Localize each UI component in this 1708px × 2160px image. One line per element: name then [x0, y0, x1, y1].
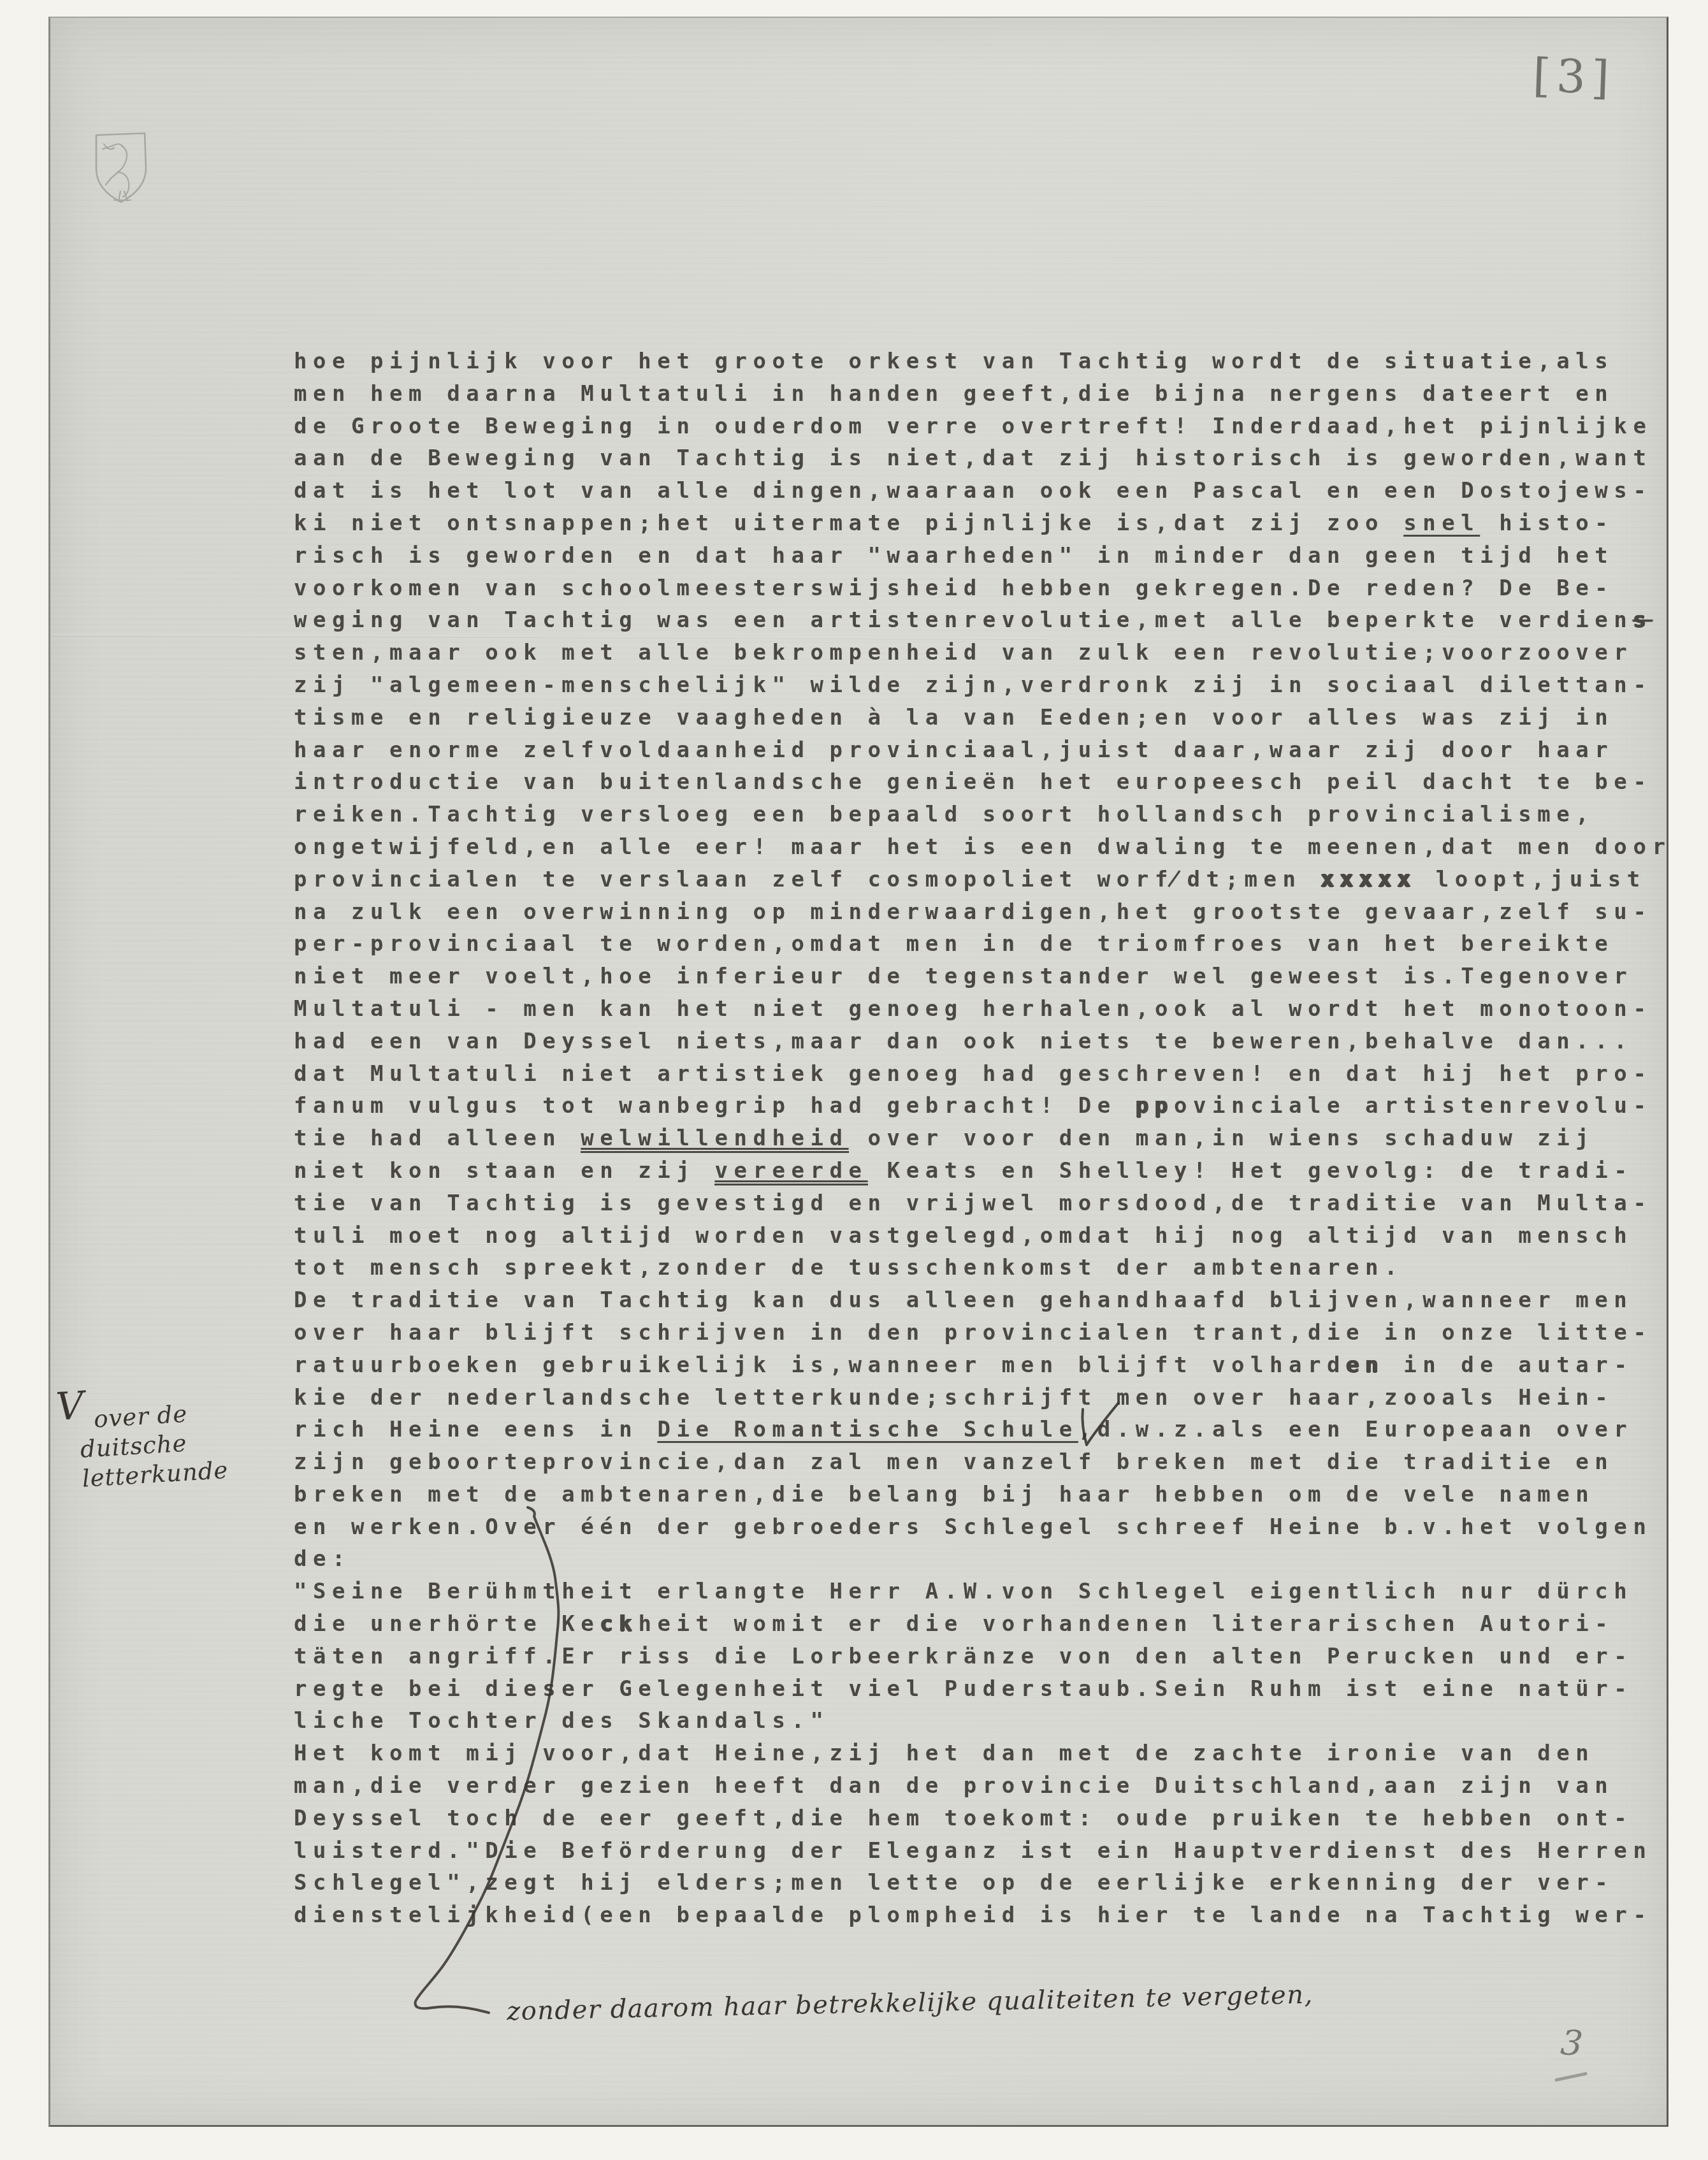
typed-line: dat Multatuli niet artistiek genoeg had …: [294, 1058, 1668, 1091]
typed-line: over haar blijft schrijven in den provin…: [294, 1317, 1668, 1349]
typed-line: tie van Tachtig is gevestigd en vrijwel …: [294, 1187, 1668, 1220]
typed-line: per-provinciaal te worden,omdat men in d…: [294, 928, 1668, 960]
typed-line: De traditie van Tachtig kan dus alleen g…: [294, 1284, 1668, 1317]
typed-line: provincialen te verslaan zelf cosmopolie…: [294, 864, 1668, 896]
typed-line: tie had alleen welwillendheid over voor …: [294, 1122, 1668, 1155]
typed-line: risch is geworden en dat haar "waarheden…: [294, 540, 1668, 572]
typed-line: sten,maar ook met alle bekrompenheid van…: [294, 637, 1668, 669]
typed-line: zijn geboorteprovincie,dan zal men vanze…: [294, 1446, 1668, 1479]
underlined-word: vereerde: [714, 1158, 867, 1185]
typed-line: Multatuli - men kan het niet genoeg herh…: [294, 993, 1668, 1026]
bottom-note-handwritten: zonder daarom haar betrekkelijke qualite…: [507, 1980, 1314, 2026]
typed-line: weging van Tachtig was een artistenrevol…: [294, 604, 1668, 637]
document-page: [3] hoe pijnlijk voor het groote orkest …: [48, 17, 1668, 2127]
typed-line: haar enorme zelfvoldaanheid provinciaal,…: [294, 734, 1668, 767]
margin-note-text: over deduitscheletterkunde: [78, 1397, 229, 1494]
page-number-top: [3]: [1532, 48, 1616, 105]
typed-line: ongetwijfeld,en alle eer! maar het is ee…: [294, 831, 1668, 864]
typed-line: kie der nederlandsche letterkunde;schrij…: [294, 1382, 1668, 1414]
underlined-word: snel: [1403, 511, 1480, 536]
shield-bird-watermark-stamp: [91, 130, 152, 209]
typed-line: voorkomen van schoolmeesterswijsheid heb…: [294, 572, 1668, 605]
typed-line: dat is het lot van alle dingen,waaraan o…: [294, 475, 1668, 507]
typed-line: rich Heine eens in Die Romantische Schul…: [294, 1414, 1668, 1446]
page-number-bottom: 3: [1559, 2022, 1584, 2064]
typed-line: men hem daarna Multatuli in handen geeft…: [294, 378, 1668, 410]
typed-line: zij "algemeen-menschelijk" wilde zijn,ve…: [294, 669, 1668, 702]
caret-check-mark-icon: [1067, 1394, 1128, 1458]
typed-line: tisme en religieuze vaagheden à la van E…: [294, 702, 1668, 734]
typed-line: ratuurboeken gebruikelijk is,wanneer men…: [294, 1349, 1668, 1382]
typed-line: na zulk een overwinning op minderwaardig…: [294, 896, 1668, 929]
insertion-pen-line: [397, 1502, 588, 2031]
typed-line: tot mensch spreekt,zonder de tusschenkom…: [294, 1252, 1668, 1284]
margin-note-check-mark: V: [55, 1386, 85, 1426]
typed-line: de Groote Beweging in ouderdom verre ove…: [294, 410, 1668, 443]
underlined-word: welwillendheid: [581, 1126, 848, 1153]
typed-line: introductie van buitenlandsche genieën h…: [294, 766, 1668, 799]
typed-line: niet kon staan en zij vereerde Keats en …: [294, 1155, 1668, 1187]
typed-line: had een van Deyssel niets,maar dan ook n…: [294, 1026, 1668, 1058]
underlined-word: Die Romantische Schule: [657, 1417, 1078, 1442]
typed-line: fanum vulgus tot wanbegrip had gebracht!…: [294, 1090, 1668, 1122]
page-number-underline-mark: [1554, 2072, 1588, 2082]
typed-line: niet meer voelt,hoe inferieur de tegenst…: [294, 960, 1668, 993]
typed-line: ki niet ontsnappen;het uitermate pijnlij…: [294, 507, 1668, 540]
typed-line: reiken.Tachtig versloeg een bepaald soor…: [294, 799, 1668, 831]
typed-line: aan de Beweging van Tachtig is niet,dat …: [294, 442, 1668, 475]
margin-note-handwritten: V over deduitscheletterkunde: [54, 1378, 229, 1495]
typed-line: hoe pijnlijk voor het groote orkest van …: [294, 345, 1668, 378]
typed-line: tuli moet nog altijd worden vastgelegd,o…: [294, 1220, 1668, 1252]
